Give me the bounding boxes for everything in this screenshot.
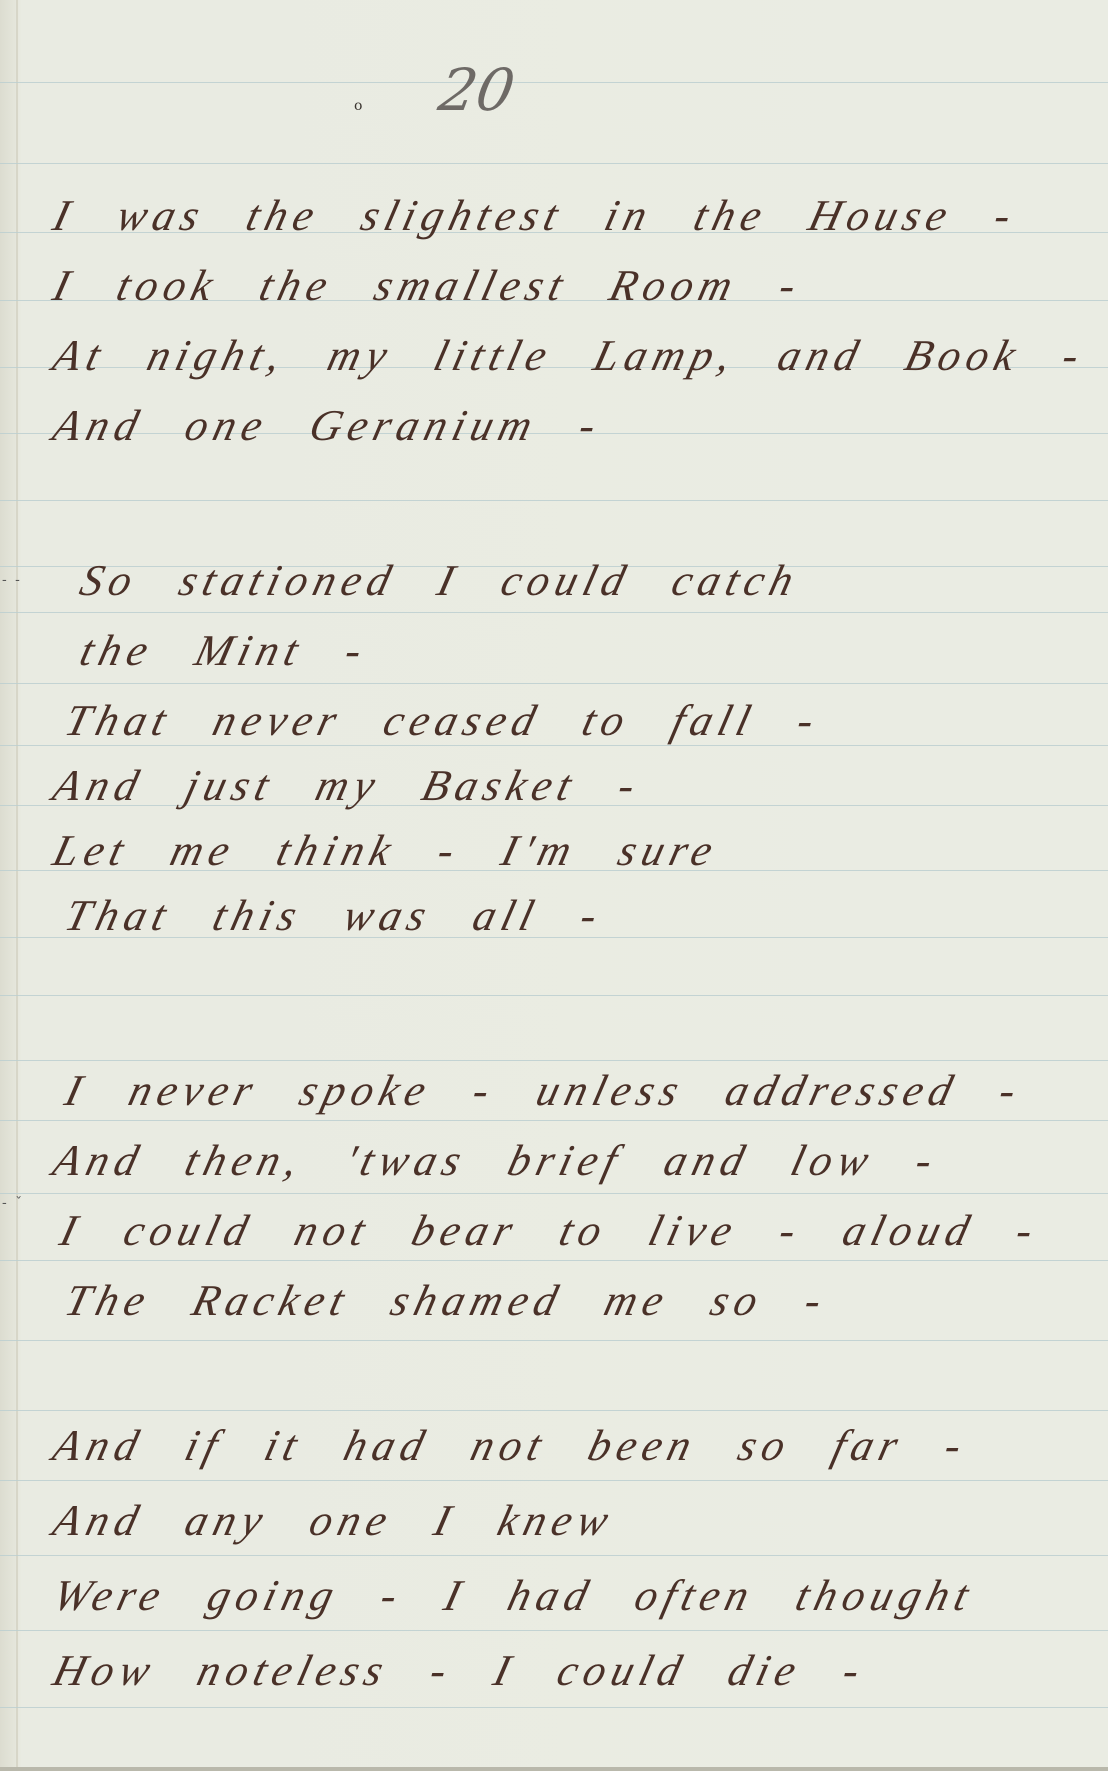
poem-line: Were going - I had often thought [48, 1570, 980, 1621]
margin-tick: - - [2, 572, 22, 588]
ruled-line [0, 1060, 1108, 1061]
manuscript-page: o 20 I was the slightest in the House - … [0, 0, 1108, 1771]
page-bottom-edge [0, 1767, 1108, 1771]
ruled-line [0, 1260, 1108, 1261]
stray-mark: o [354, 98, 362, 114]
poem-line: And then, 'twas brief and low - [48, 1135, 944, 1186]
ruled-line [0, 1480, 1108, 1481]
ruled-line [0, 500, 1108, 501]
ruled-line [0, 683, 1108, 684]
poem-line: How noteless - I could die - [48, 1645, 871, 1696]
ruled-line [0, 612, 1108, 613]
poem-line: And just my Basket - [48, 760, 646, 811]
ruled-line [0, 1410, 1108, 1411]
page-left-edge [16, 0, 18, 1771]
poem-line: I took the smallest Room - [48, 260, 807, 311]
poem-line: the Mint - [75, 625, 373, 676]
margin-tick: - ˇ [2, 1195, 24, 1211]
poem-line: That this was all - [60, 890, 609, 941]
page-number: 20 [434, 56, 520, 124]
poem-line: So stationed I could catch [75, 555, 805, 606]
ruled-line [0, 1193, 1108, 1194]
poem-line: At night, my little Lamp, and Book - [48, 330, 1091, 381]
poem-line: That never ceased to fall - [60, 695, 825, 746]
ruled-line [0, 1340, 1108, 1341]
ruled-line [0, 1707, 1108, 1708]
poem-line: I could not bear to live - aloud - [55, 1205, 1044, 1256]
poem-line: And if it had not been so far - [48, 1420, 973, 1471]
ruled-line [0, 1630, 1108, 1631]
poem-line: I never spoke - unless addressed - [60, 1065, 1027, 1116]
ruled-line [0, 995, 1108, 996]
poem-line: The Racket shamed me so - [60, 1275, 833, 1326]
ruled-line [0, 1555, 1108, 1556]
poem-line: I was the slightest in the House - [48, 190, 1022, 241]
poem-line: Let me think - I'm sure [48, 825, 724, 876]
poem-line: And one Geranium - [48, 400, 607, 451]
ruled-line [0, 1120, 1108, 1121]
poem-line: And any one I knew [48, 1495, 620, 1546]
ruled-line [0, 82, 1108, 83]
ruled-line [0, 163, 1108, 164]
